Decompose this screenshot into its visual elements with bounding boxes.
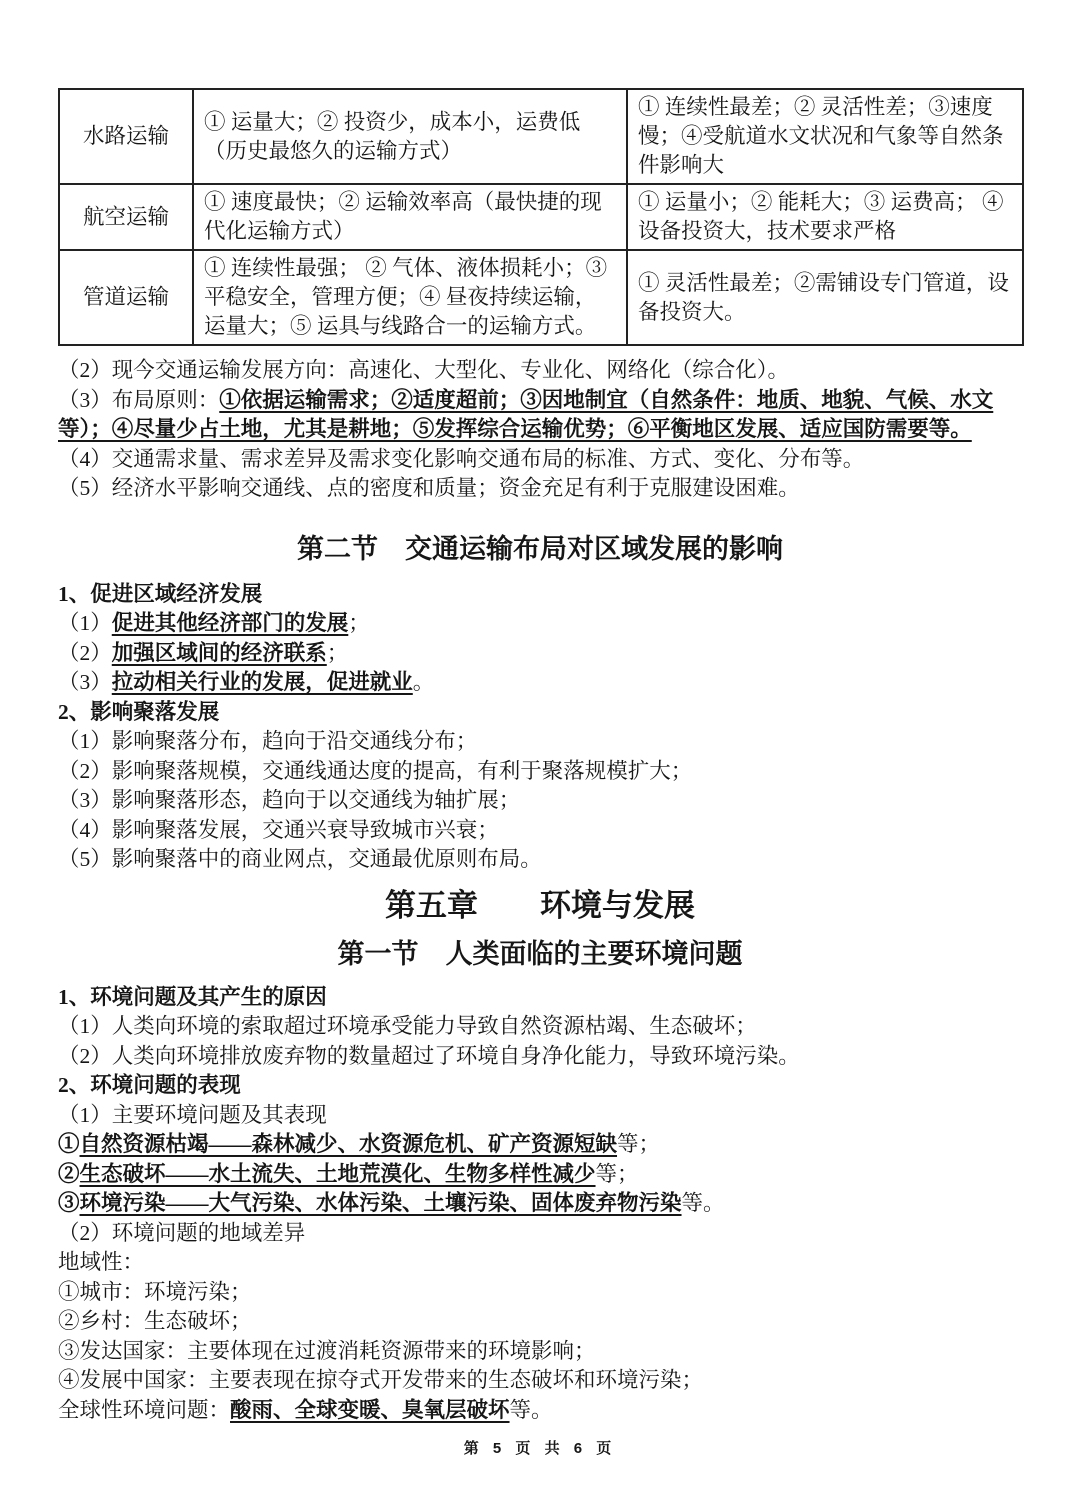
settlement-item-5: （5）影响聚落中的商业网点，交通最优原则布局。 bbox=[58, 845, 1022, 875]
mode-name-cell: 管道运输 bbox=[59, 250, 193, 345]
note-line-5: （5）经济水平影响交通线、点的密度和质量；资金充足有利于克服建设困难。 bbox=[58, 474, 1022, 504]
disadvantages-cell: ① 运量小；② 能耗大；③ 运费高； ④ 设备投资大，技术要求严格 bbox=[627, 184, 1023, 250]
item-punct: 。 bbox=[413, 670, 435, 694]
item-punct: ； bbox=[348, 611, 370, 635]
item-number: ① bbox=[58, 1132, 80, 1156]
section-2-title: 第二节 交通运输布局对区域发展的影响 bbox=[58, 530, 1022, 568]
env-part-2-title: 2、环境问题的表现 bbox=[58, 1071, 1022, 1101]
regional-label: 地域性： bbox=[58, 1248, 1022, 1278]
table-row-pipeline: 管道运输 ① 连续性最强； ② 气体、液体损耗小；③ 平稳安全，管理方便；④ 昼… bbox=[59, 250, 1023, 345]
settlement-item-3: （3）影响聚落形态，趋向于以交通线为轴扩展； bbox=[58, 786, 1022, 816]
disadvantages-cell: ① 灵活性最差；②需铺设专门管道，设备投资大。 bbox=[627, 250, 1023, 345]
economy-item-3: （3）拉动相关行业的发展，促进就业。 bbox=[58, 668, 1022, 698]
note-line-2: （2）现今交通运输发展方向：高速化、大型化、专业化、网络化（综合化）。 bbox=[58, 356, 1022, 386]
env-manifestation-intro: （1）主要环境问题及其表现 bbox=[58, 1101, 1022, 1131]
global-problems-label: 全球性环境问题： bbox=[58, 1398, 230, 1422]
global-problems-list: 酸雨、全球变暖、臭氧层破坏 bbox=[230, 1398, 510, 1422]
env-problem-1: ①自然资源枯竭——森林减少、水资源危机、矿产资源短缺等； bbox=[58, 1130, 1022, 1160]
disadvantages-cell: ① 连续性最差；② 灵活性差；③速度慢；④受航道水文状况和气象等自然条件影响大 bbox=[627, 89, 1023, 184]
table-row-air: 航空运输 ① 速度最快；② 运输效率高（最快捷的现代化运输方式） ① 运量小；②… bbox=[59, 184, 1023, 250]
table-row-water: 水路运输 ① 运量大；② 投资少，成本小，运费低（历史最悠久的运输方式） ① 连… bbox=[59, 89, 1023, 184]
transport-notes: （2）现今交通运输发展方向：高速化、大型化、专业化、网络化（综合化）。 （3）布… bbox=[58, 356, 1022, 504]
regional-item-4: ④发展中国家：主要表现在掠夺式开发带来的生态破坏和环境污染； bbox=[58, 1366, 1022, 1396]
chapter-5-title: 第五章 环境与发展 bbox=[58, 885, 1022, 927]
item-number: ③ bbox=[58, 1191, 80, 1215]
item-emphasis: 拉动相关行业的发展，促进就业 bbox=[112, 670, 413, 694]
item-emphasis: 环境污染——大气污染、水体污染、土壤污染、固体废弃物污染 bbox=[80, 1191, 682, 1215]
item-number: ② bbox=[58, 1162, 80, 1186]
note-line-4: （4）交通需求量、需求差异及需求变化影响交通布局的标准、方式、变化、分布等。 bbox=[58, 445, 1022, 475]
item-number: （1） bbox=[58, 611, 112, 635]
advantages-cell: ① 连续性最强； ② 气体、液体损耗小；③ 平稳安全，管理方便；④ 昼夜持续运输… bbox=[193, 250, 627, 345]
regional-item-3: ③发达国家：主要体现在过渡消耗资源带来的环境影响； bbox=[58, 1337, 1022, 1367]
env-part-1-title: 1、环境问题及其产生的原因 bbox=[58, 983, 1022, 1013]
regional-item-2: ②乡村：生态破坏； bbox=[58, 1307, 1022, 1337]
item-punct: ； bbox=[327, 641, 349, 665]
part-2-title: 2、影响聚落发展 bbox=[58, 698, 1022, 728]
env-cause-1: （1）人类向环境的索取超过环境承受能力导致自然资源枯竭、生态破坏； bbox=[58, 1012, 1022, 1042]
item-emphasis: 生态破坏——水土流失、土地荒漠化、生物多样性减少 bbox=[80, 1162, 596, 1186]
item-emphasis: 自然资源枯竭——森林减少、水资源危机、矿产资源短缺 bbox=[80, 1132, 618, 1156]
item-punct: 等。 bbox=[510, 1398, 553, 1422]
document-page: 水路运输 ① 运量大；② 投资少，成本小，运费低（历史最悠久的运输方式） ① 连… bbox=[0, 0, 1080, 1505]
global-problems-line: 全球性环境问题：酸雨、全球变暖、臭氧层破坏等。 bbox=[58, 1396, 1022, 1426]
mode-name-cell: 水路运输 bbox=[59, 89, 193, 184]
settlement-item-4: （4）影响聚落发展，交通兴衰导致城市兴衰； bbox=[58, 816, 1022, 846]
item-emphasis: 促进其他经济部门的发展 bbox=[112, 611, 349, 635]
settlement-item-2: （2）影响聚落规模，交通线通达度的提高，有利于聚落规模扩大； bbox=[58, 757, 1022, 787]
item-number: （3） bbox=[58, 670, 112, 694]
mode-name-cell: 航空运输 bbox=[59, 184, 193, 250]
note-line-3: （3）布局原则：①依据运输需求；②适度超前；③因地制宜（自然条件：地质、地貌、气… bbox=[58, 386, 1022, 445]
env-cause-2: （2）人类向环境排放废弃物的数量超过了环境自身净化能力，导致环境污染。 bbox=[58, 1042, 1022, 1072]
section-1-title: 第一节 人类面临的主要环境问题 bbox=[58, 935, 1022, 973]
item-punct: 等； bbox=[596, 1162, 639, 1186]
item-emphasis: 加强区域间的经济联系 bbox=[112, 641, 327, 665]
advantages-cell: ① 运量大；② 投资少，成本小，运费低（历史最悠久的运输方式） bbox=[193, 89, 627, 184]
note-line-3-prefix: （3）布局原则： bbox=[58, 388, 219, 412]
economy-item-1: （1）促进其他经济部门的发展； bbox=[58, 609, 1022, 639]
regional-difference-title: （2）环境问题的地域差异 bbox=[58, 1219, 1022, 1249]
regional-item-1: ①城市：环境污染； bbox=[58, 1278, 1022, 1308]
item-number: （2） bbox=[58, 641, 112, 665]
advantages-cell: ① 速度最快；② 运输效率高（最快捷的现代化运输方式） bbox=[193, 184, 627, 250]
part-1-title: 1、促进区域经济发展 bbox=[58, 580, 1022, 610]
settlement-item-1: （1）影响聚落分布，趋向于沿交通线分布； bbox=[58, 727, 1022, 757]
transport-modes-table: 水路运输 ① 运量大；② 投资少，成本小，运费低（历史最悠久的运输方式） ① 连… bbox=[58, 88, 1024, 346]
economy-item-2: （2）加强区域间的经济联系； bbox=[58, 639, 1022, 669]
env-problem-2: ②生态破坏——水土流失、土地荒漠化、生物多样性减少等； bbox=[58, 1160, 1022, 1190]
env-problem-3: ③环境污染——大气污染、水体污染、土壤污染、固体废弃物污染等。 bbox=[58, 1189, 1022, 1219]
page-number: 第 5 页 共 6 页 bbox=[58, 1437, 1022, 1458]
item-punct: 等； bbox=[617, 1132, 660, 1156]
item-punct: 等。 bbox=[682, 1191, 725, 1215]
